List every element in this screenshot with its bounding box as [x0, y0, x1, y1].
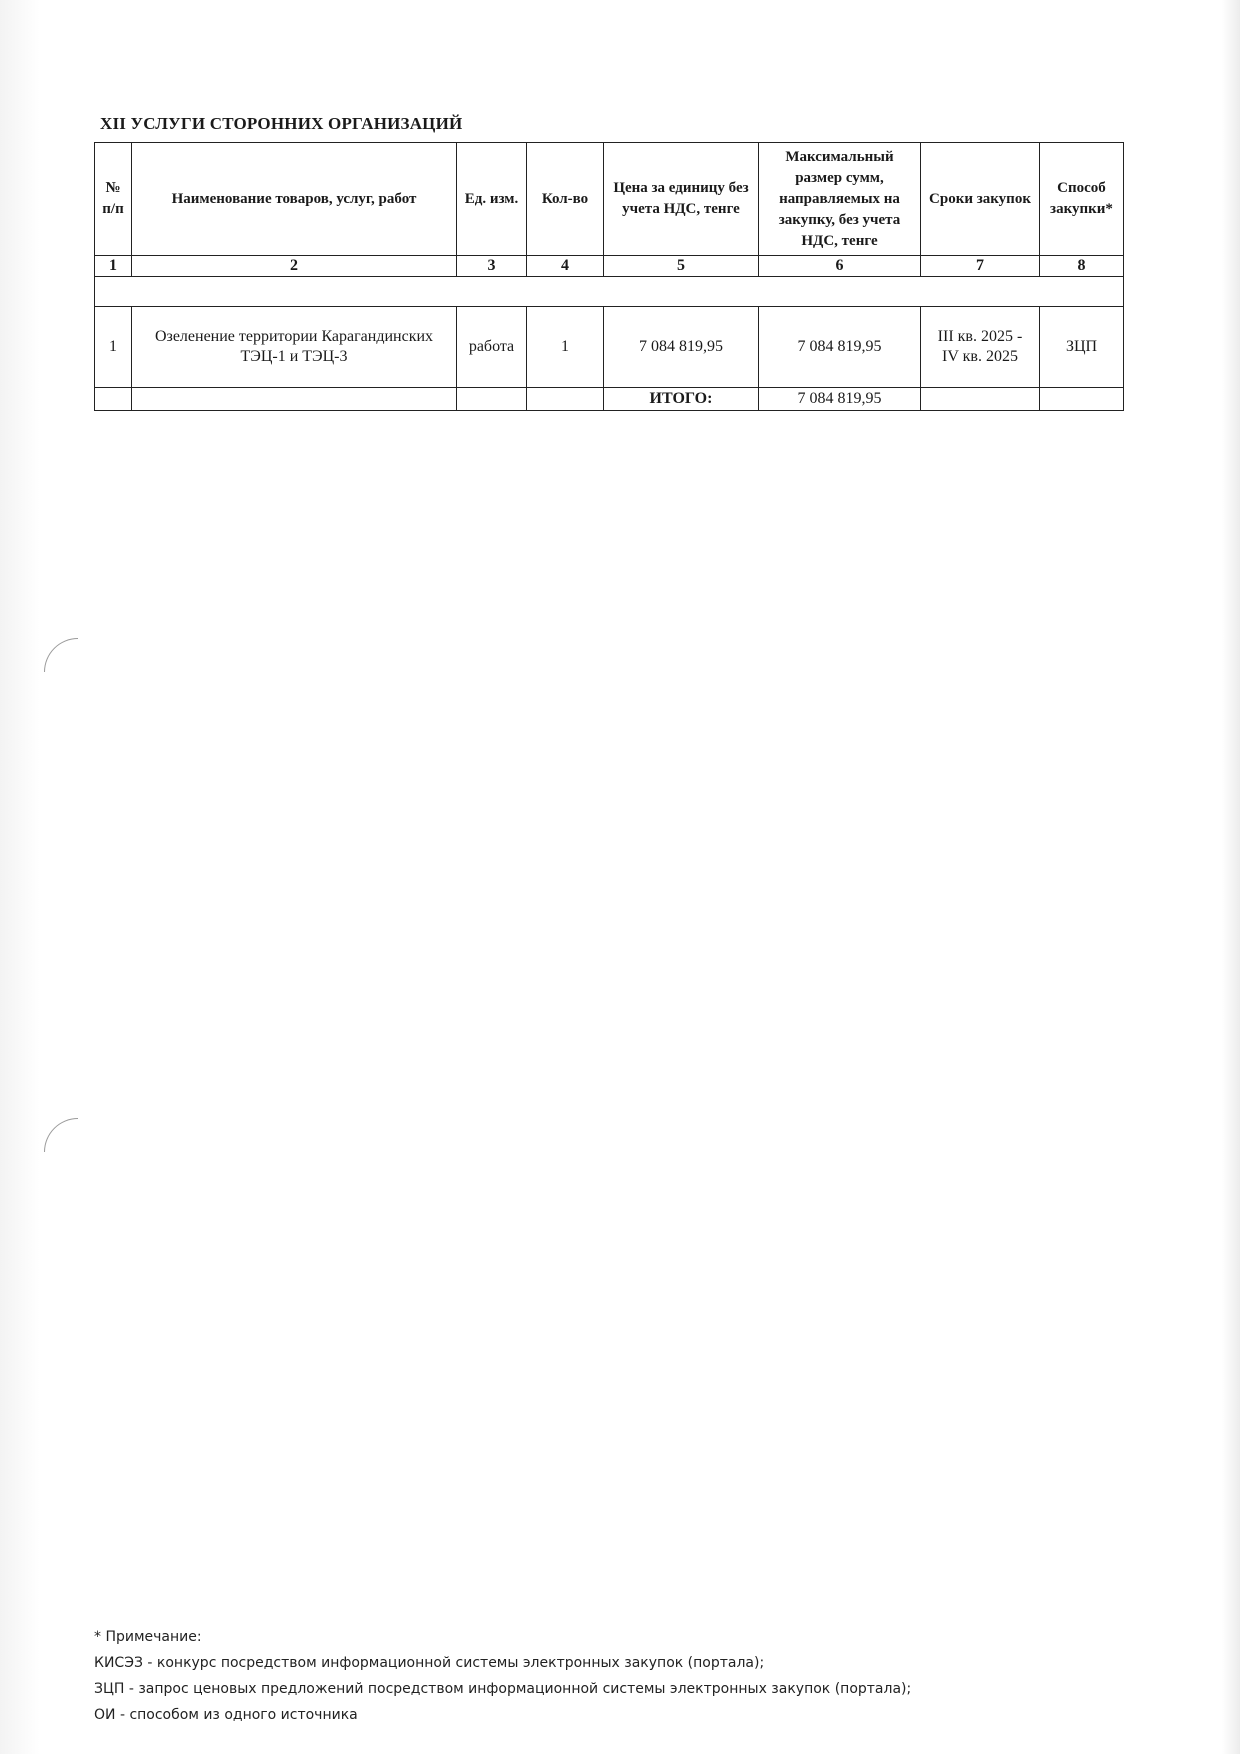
- row-period-end: IV кв. 2025: [924, 347, 1036, 367]
- total-empty-cell: [921, 388, 1040, 411]
- header-max-amount: Максимальный размер сумм, направляемых н…: [759, 143, 921, 256]
- total-empty-cell: [527, 388, 604, 411]
- column-number: 6: [759, 256, 921, 277]
- punch-hole-mark: [44, 638, 78, 672]
- total-empty-cell: [457, 388, 527, 411]
- column-number-row: 1 2 3 4 5 6 7 8: [95, 256, 1124, 277]
- row-unit-price: 7 084 819,95: [604, 307, 759, 388]
- footnote-heading: * Примечание:: [94, 1624, 911, 1650]
- footnote-line: КИСЭЗ - конкурс посредством информационн…: [94, 1650, 911, 1676]
- total-value: 7 084 819,95: [759, 388, 921, 411]
- column-number: 2: [132, 256, 457, 277]
- group-spacer-row: [95, 277, 1124, 307]
- punch-hole-mark: [44, 1118, 78, 1152]
- row-name: Озеленение территории Карагандинских ТЭЦ…: [132, 307, 457, 388]
- total-empty-cell: [95, 388, 132, 411]
- section-title: XII УСЛУГИ СТОРОННИХ ОРГАНИЗАЦИЙ: [100, 114, 462, 134]
- header-num: № п/п: [95, 143, 132, 256]
- scan-left-edge: [0, 0, 40, 1754]
- table-row: 1 Озеленение территории Карагандинских Т…: [95, 307, 1124, 388]
- header-unit-price: Цена за единицу без учета НДС, тенге: [604, 143, 759, 256]
- column-number: 4: [527, 256, 604, 277]
- row-qty: 1: [527, 307, 604, 388]
- group-spacer-cell: [95, 277, 1124, 307]
- column-number: 3: [457, 256, 527, 277]
- row-period: III кв. 2025 - IV кв. 2025: [921, 307, 1040, 388]
- total-empty-cell: [1040, 388, 1124, 411]
- total-label: ИТОГО:: [604, 388, 759, 411]
- column-number: 8: [1040, 256, 1124, 277]
- header-unit: Ед. изм.: [457, 143, 527, 256]
- scan-right-edge: [1222, 0, 1240, 1754]
- footnote-line: ОИ - способом из одного источника: [94, 1702, 911, 1728]
- column-number: 7: [921, 256, 1040, 277]
- row-period-start: III кв. 2025 -: [924, 327, 1036, 347]
- header-method: Способ закупки*: [1040, 143, 1124, 256]
- total-row: ИТОГО: 7 084 819,95: [95, 388, 1124, 411]
- row-max-amount: 7 084 819,95: [759, 307, 921, 388]
- procurement-table: № п/п Наименование товаров, услуг, работ…: [94, 142, 1124, 411]
- row-unit: работа: [457, 307, 527, 388]
- total-empty-cell: [132, 388, 457, 411]
- header-row: № п/п Наименование товаров, услуг, работ…: [95, 143, 1124, 256]
- header-period: Сроки закупок: [921, 143, 1040, 256]
- footnotes: * Примечание: КИСЭЗ - конкурс посредство…: [94, 1624, 911, 1728]
- header-name: Наименование товаров, услуг, работ: [132, 143, 457, 256]
- header-qty: Кол-во: [527, 143, 604, 256]
- row-num: 1: [95, 307, 132, 388]
- footnote-line: ЗЦП - запрос ценовых предложений посредс…: [94, 1676, 911, 1702]
- column-number: 1: [95, 256, 132, 277]
- row-method: ЗЦП: [1040, 307, 1124, 388]
- column-number: 5: [604, 256, 759, 277]
